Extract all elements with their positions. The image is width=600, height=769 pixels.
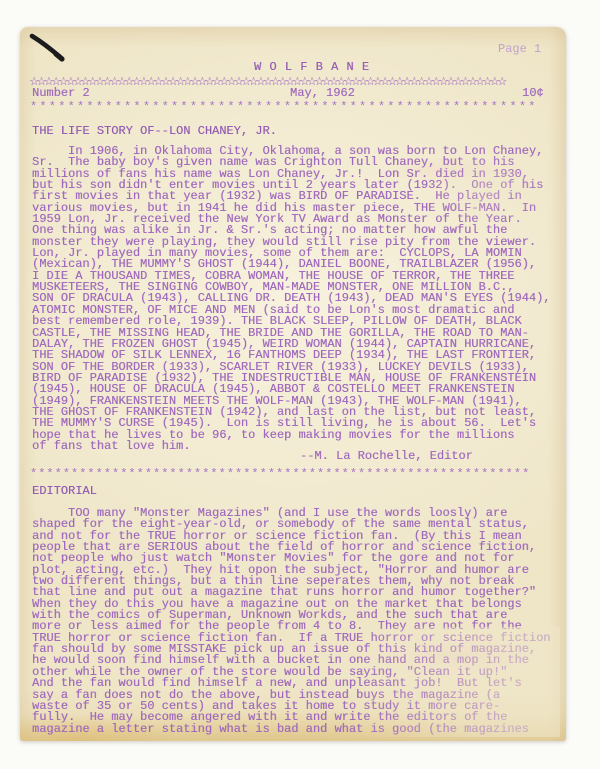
fanzine-page: Page 1 W O L F B A N E ☆☆☆☆☆☆☆☆☆☆☆☆☆☆☆☆☆… bbox=[20, 27, 566, 741]
dotted-separator-middle: ****************************************… bbox=[30, 469, 530, 480]
editorial-body-text: TOO many "Monster Magazines" (and I use … bbox=[32, 508, 550, 735]
article-body-text: In 1906, in Oklahoma City, Oklahoma, a s… bbox=[32, 146, 550, 452]
issue-price: 10¢ bbox=[522, 88, 544, 99]
article-heading: THE LIFE STORY OF--LON CHANEY, JR. bbox=[32, 126, 277, 137]
masthead-title: W O L F B A N E bbox=[254, 62, 370, 73]
issue-date: May, 1962 bbox=[290, 88, 355, 99]
pen-mark bbox=[28, 31, 72, 65]
scan-background: Page 1 W O L F B A N E ☆☆☆☆☆☆☆☆☆☆☆☆☆☆☆☆☆… bbox=[0, 0, 600, 769]
issue-number: Number 2 bbox=[32, 88, 90, 99]
dotted-separator-top: ****************************************… bbox=[30, 102, 538, 113]
page-number-label: Page 1 bbox=[498, 44, 541, 55]
editor-byline: --M. La Rochelle, Editor bbox=[300, 451, 473, 462]
star-border-decoration: ☆☆☆☆☆☆☆☆☆☆☆☆☆☆☆☆☆☆☆☆☆☆☆☆☆☆☆☆☆☆☆☆☆☆☆☆☆☆☆☆… bbox=[29, 74, 534, 88]
editorial-heading: EDITORIAL bbox=[32, 486, 97, 497]
